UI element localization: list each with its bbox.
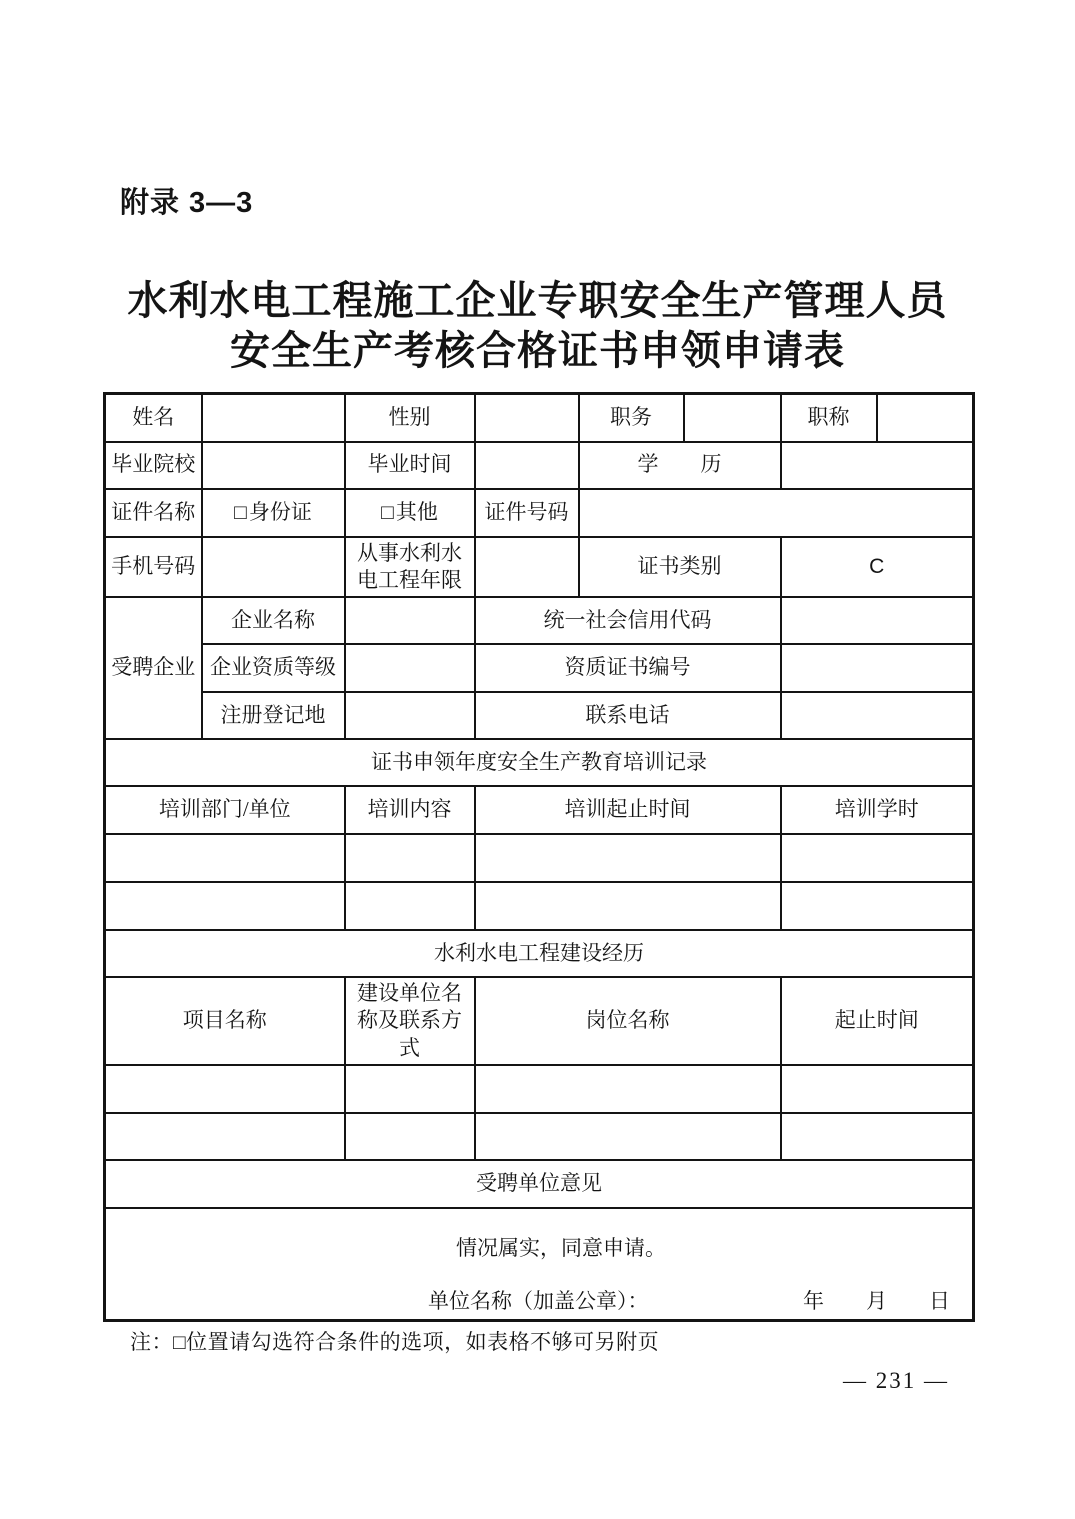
project-name-input-cell <box>105 1113 345 1160</box>
grad-time-label: 毕业时间 <box>345 442 475 489</box>
document-title-line1: 水利水电工程施工企业专职安全生产管理人员 <box>0 276 1075 326</box>
education-label: 学 历 <box>579 442 781 489</box>
company-name-input-cell <box>345 597 475 644</box>
training-content-input-cell <box>345 834 475 882</box>
training-content-input-cell <box>345 882 475 930</box>
training-dept-header: 培训部门/单位 <box>105 786 345 834</box>
mobile-input-cell <box>202 537 345 598</box>
mobile-label: 手机号码 <box>105 537 202 598</box>
idcard-option-label: 身份证 <box>249 500 312 524</box>
name-input-cell <box>202 394 345 442</box>
builder-contact-header: 建设单位名称及联系方式 <box>345 977 475 1065</box>
experience-section-header: 水利水电工程建设经历 <box>105 930 974 977</box>
training-hours-header: 培训学时 <box>781 786 974 834</box>
qualification-no-label: 资质证书编号 <box>475 644 781 692</box>
cert-type-label: 证书类别 <box>579 537 781 598</box>
training-section-header: 证书申领年度安全生产教育培训记录 <box>105 739 974 786</box>
company-name-label: 企业名称 <box>202 597 345 644</box>
training-row <box>105 834 974 882</box>
other-option-cell[interactable]: □其他 <box>345 489 475 537</box>
document-page: 附录 3—3 水利水电工程施工企业专职安全生产管理人员 安全生产考核合格证书申领… <box>0 0 1075 1519</box>
appendix-label: 附录 3—3 <box>120 180 253 221</box>
training-content-header: 培训内容 <box>345 786 475 834</box>
document-title-line2: 安全生产考核合格证书申领申请表 <box>0 326 1075 376</box>
opinion-text: 情况属实，同意申请。 <box>154 1235 968 1262</box>
training-dept-input-cell <box>105 834 345 882</box>
experience-row <box>105 1065 974 1113</box>
post-name-input-cell <box>475 1113 781 1160</box>
post-name-header: 岗位名称 <box>475 977 781 1065</box>
period-input-cell <box>781 1065 974 1113</box>
training-dept-input-cell <box>105 882 345 930</box>
other-option-label: 其他 <box>396 500 438 524</box>
other-checkbox-icon[interactable]: □ <box>381 500 394 524</box>
project-name-header: 项目名称 <box>105 977 345 1065</box>
contact-phone-label: 联系电话 <box>475 692 781 739</box>
period-header: 起止时间 <box>781 977 974 1065</box>
school-input-cell <box>202 442 345 489</box>
qualification-level-label: 企业资质等级 <box>202 644 345 692</box>
opinion-cell: 情况属实，同意申请。 单位名称（加盖公章）： 年 月 日 <box>105 1208 974 1321</box>
qualification-no-input-cell <box>781 644 974 692</box>
opinion-section-header: 受聘单位意见 <box>105 1160 974 1208</box>
training-hours-input-cell <box>781 834 974 882</box>
gender-label: 性别 <box>345 394 475 442</box>
duty-label: 职务 <box>579 394 684 442</box>
training-row <box>105 882 974 930</box>
training-period-input-cell <box>475 834 781 882</box>
application-form-table: 姓名 性别 职务 职称 毕业院校 毕业时间 学 历 证件名称 □身份证 □其他 <box>103 392 975 1322</box>
footnote: 注：□位置请勾选符合条件的选项，如表格不够可另附页 <box>130 1326 659 1356</box>
prof-title-label: 职称 <box>781 394 877 442</box>
years-label: 从事水利水电工程年限 <box>345 537 475 598</box>
period-input-cell <box>781 1113 974 1160</box>
registered-place-label: 注册登记地 <box>202 692 345 739</box>
qualification-level-input-cell <box>345 644 475 692</box>
cert-name-label: 证件名称 <box>105 489 202 537</box>
cert-no-label: 证件号码 <box>475 489 579 537</box>
prof-title-input-cell <box>877 394 974 442</box>
education-input-cell <box>781 442 974 489</box>
credit-code-label: 统一社会信用代码 <box>475 597 781 644</box>
idcard-checkbox-icon[interactable]: □ <box>234 500 247 524</box>
training-period-header: 培训起止时间 <box>475 786 781 834</box>
gender-input-cell <box>475 394 579 442</box>
school-label: 毕业院校 <box>105 442 202 489</box>
cert-no-input-cell <box>579 489 974 537</box>
grad-time-input-cell <box>475 442 579 489</box>
builder-contact-input-cell <box>345 1065 475 1113</box>
project-name-input-cell <box>105 1065 345 1113</box>
training-period-input-cell <box>475 882 781 930</box>
date-label: 年 月 日 <box>803 1288 950 1315</box>
employer-label: 受聘企业 <box>105 597 202 739</box>
years-input-cell <box>475 537 579 598</box>
idcard-option-cell[interactable]: □身份证 <box>202 489 345 537</box>
training-hours-input-cell <box>781 882 974 930</box>
registered-place-input-cell <box>345 692 475 739</box>
duty-input-cell <box>684 394 781 442</box>
document-title: 水利水电工程施工企业专职安全生产管理人员 安全生产考核合格证书申领申请表 <box>0 276 1075 376</box>
cert-type-value: C <box>781 537 974 598</box>
seal-label: 单位名称（加盖公章）： <box>428 1288 649 1315</box>
post-name-input-cell <box>475 1065 781 1113</box>
name-label: 姓名 <box>105 394 202 442</box>
contact-phone-input-cell <box>781 692 974 739</box>
page-number: — 231 — <box>843 1368 949 1394</box>
credit-code-input-cell <box>781 597 974 644</box>
experience-row <box>105 1113 974 1160</box>
builder-contact-input-cell <box>345 1113 475 1160</box>
